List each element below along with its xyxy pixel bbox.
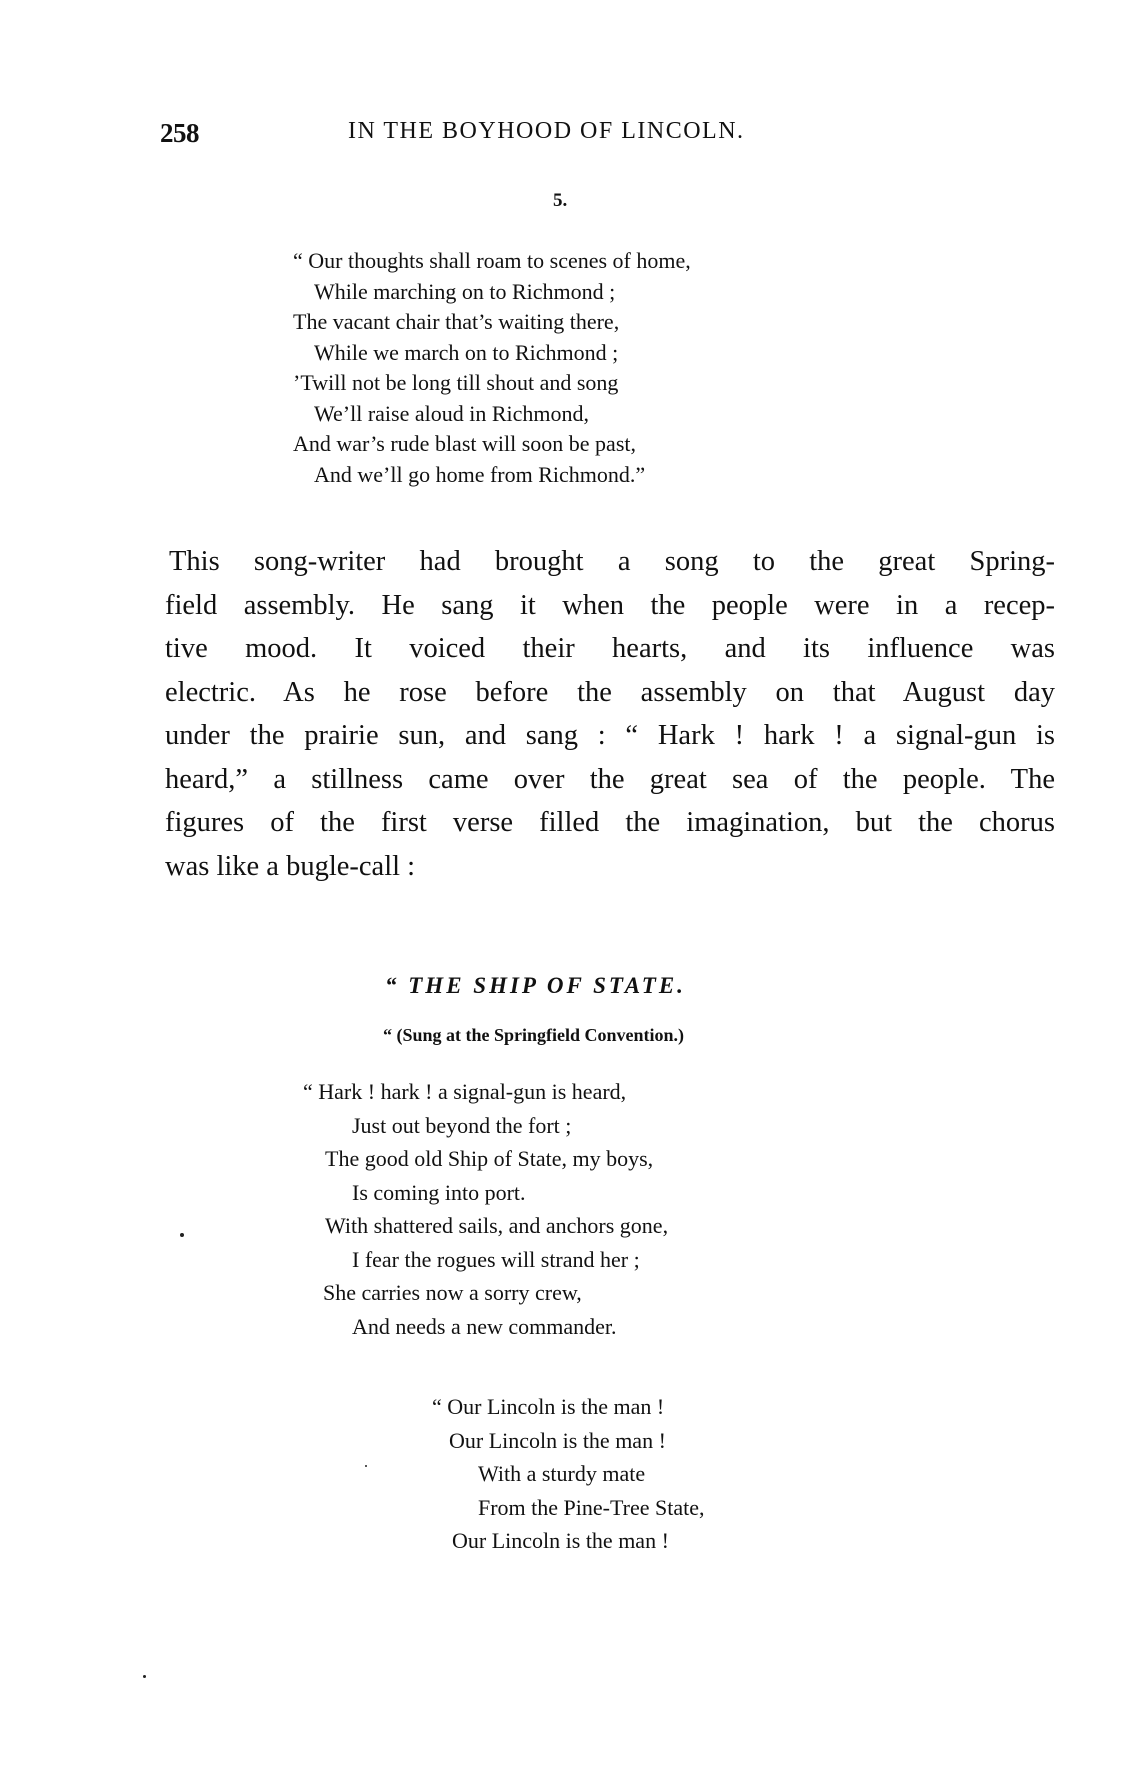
paragraph-line: figures of the first verse filled the im… [165,801,1055,845]
verse-line: She carries now a sorry crew, [303,1276,668,1310]
verse-line: Is coming into port. [303,1176,668,1210]
scan-speck [143,1675,146,1678]
verse-line: We’ll raise aloud in Richmond, [293,399,691,430]
paragraph-line: tive mood. It voiced their hearts, and i… [165,627,1055,671]
song-title: “ THE SHIP OF STATE. [385,973,686,999]
paragraph-line: This song-writer had brought a song to t… [165,540,1055,584]
paragraph-line: heard,” a stillness came over the great … [165,758,1055,802]
chorus-line: Our Lincoln is the man ! [432,1424,705,1458]
verse-line: And we’ll go home from Richmond.” [293,460,691,491]
verse-line: “ Our thoughts shall roam to scenes of h… [293,246,691,277]
scan-speck [365,1465,367,1467]
verse-line: Just out beyond the fort ; [303,1109,668,1143]
chorus-line: From the Pine-Tree State, [432,1491,705,1525]
running-title: IN THE BOYHOOD OF LINCOLN. [348,118,745,145]
verse-line: The vacant chair that’s waiting there, [293,307,691,338]
song-verse: “ Hark ! hark ! a signal-gun is heard, J… [303,1075,668,1343]
verse-line: I fear the rogues will strand her ; [303,1243,668,1277]
chorus-line: “ Our Lincoln is the man ! [432,1390,705,1424]
stanza-5-verse: “ Our thoughts shall roam to scenes of h… [293,246,691,490]
stanza-number: 5. [553,190,567,212]
verse-line: ’Twill not be long till shout and song [293,368,691,399]
song-subtitle: “ (Sung at the Springfield Convention.) [383,1025,684,1046]
chorus-line: With a sturdy mate [432,1457,705,1491]
paragraph-line: under the prairie sun, and sang : “ Hark… [165,714,1055,758]
verse-line: While we march on to Richmond ; [293,338,691,369]
verse-line: And needs a new commander. [303,1310,668,1344]
verse-line: And war’s rude blast will soon be past, [293,429,691,460]
chorus-line: Our Lincoln is the man ! [432,1524,705,1558]
verse-line: The good old Ship of State, my boys, [303,1142,668,1176]
paragraph-line: electric. As he rose before the assembly… [165,671,1055,715]
paragraph-line: field assembly. He sang it when the peop… [165,584,1055,628]
page-number: 258 [160,118,199,149]
verse-line: “ Hark ! hark ! a signal-gun is heard, [303,1075,668,1109]
paragraph-line: was like a bugle-call : [165,845,1055,889]
scan-speck [180,1233,184,1237]
verse-line: With shattered sails, and anchors gone, [303,1209,668,1243]
verse-line: While marching on to Richmond ; [293,277,691,308]
song-chorus: “ Our Lincoln is the man ! Our Lincoln i… [432,1390,705,1558]
body-paragraph: This song-writer had brought a song to t… [165,540,1055,888]
